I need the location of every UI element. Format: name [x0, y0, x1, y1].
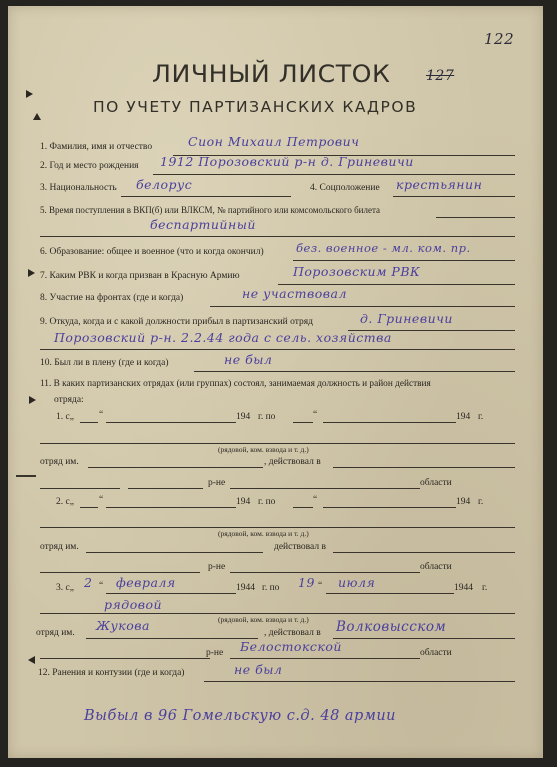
label-year: г.	[478, 497, 483, 507]
quote: „	[70, 583, 74, 593]
quote: “	[313, 495, 317, 505]
value-full-name: Сион Михаил Петрович	[188, 134, 359, 149]
value-birth: 1912 Порозовский р-н д. Гриневичи	[160, 154, 414, 169]
underline	[323, 507, 456, 508]
label-rayon: р-не	[208, 478, 225, 488]
underline	[86, 552, 263, 553]
underline	[293, 507, 313, 508]
underline	[106, 593, 236, 594]
position-hint: (рядовой, ком. взвода и т. д.)	[218, 529, 309, 538]
underline	[194, 371, 515, 372]
label-social-status: 4. Соцположение	[310, 183, 380, 193]
underline	[128, 488, 203, 489]
label-acted: , действовал в	[264, 628, 321, 638]
value-arrival-2: Порозовский р-н. 2.2.44 года с сель. хоз…	[54, 330, 392, 345]
year-from: 1944	[236, 583, 255, 593]
value-party: беспартийный	[150, 217, 256, 232]
underline	[153, 174, 515, 175]
underline	[40, 527, 515, 528]
year-from: 194	[236, 497, 250, 507]
value-month-from: февраля	[116, 575, 176, 590]
label-acted: действовал в	[274, 542, 326, 552]
underline	[230, 488, 420, 489]
label-otryad: отряд им.	[40, 457, 79, 467]
underline	[293, 422, 313, 423]
label-nationality: 3. Национальность	[40, 183, 117, 193]
label-otryad: отряд им.	[40, 542, 79, 552]
value-nationality: белорус	[136, 177, 192, 192]
value-wounds: не был	[234, 662, 282, 677]
unit-num: 2. с	[56, 497, 70, 507]
label-birth: 2. Год и место рождения	[40, 161, 139, 171]
underline	[88, 467, 263, 468]
footer-note: Выбыл в 96 Гомельскую с.д. 48 армии	[84, 708, 396, 724]
quote: “	[99, 410, 103, 420]
quote: „	[70, 497, 74, 507]
binder-mark	[28, 656, 35, 664]
value-rayon: Белостокской	[240, 639, 342, 654]
page-title: ЛИЧНЫЙ ЛИСТОК	[152, 60, 390, 88]
underline	[230, 572, 420, 573]
underline	[40, 488, 120, 489]
unit-num: 3. с	[56, 583, 70, 593]
position-hint: (рядовой, ком. взвода и т. д.)	[218, 445, 309, 454]
label-to: г. по	[258, 412, 275, 422]
value-otryad: Жукова	[96, 618, 150, 633]
underline	[436, 217, 515, 218]
label-party: 5. Время поступления в ВКП(б) или ВЛКСМ,…	[40, 205, 380, 215]
label-captivity: 10. Был ли в плену (где и когда)	[40, 358, 169, 368]
label-to: г. по	[258, 497, 275, 507]
underline	[323, 422, 456, 423]
underline	[333, 467, 515, 468]
value-fronts: не участвовал	[242, 286, 347, 301]
label-rayon: р-не	[206, 648, 223, 658]
quote: “	[318, 581, 322, 591]
label-oblast: области	[420, 648, 452, 658]
label-otryad: отряд им.	[36, 628, 75, 638]
label-units-cont: отряда:	[54, 395, 84, 405]
label-education: 6. Образование: общее и военное (что и к…	[40, 247, 264, 257]
underline	[40, 658, 210, 659]
underline	[278, 284, 515, 285]
binder-mark	[28, 269, 35, 277]
binder-mark	[29, 396, 36, 404]
binder-mark	[16, 475, 36, 477]
underline	[80, 422, 98, 423]
underline	[106, 422, 236, 423]
underline	[204, 681, 515, 682]
label-to: г. по	[262, 583, 279, 593]
year-to: 1944	[454, 583, 473, 593]
year-to: 194	[456, 497, 470, 507]
position-hint: (рядовой, ком. взвода и т. д.)	[218, 615, 309, 624]
underline	[40, 236, 515, 237]
label-arrival: 9. Откуда, когда и с какой должности при…	[40, 317, 313, 327]
label-units: 11. В каких партизанских отрядах (или гр…	[40, 379, 431, 389]
value-social-status: крестьянин	[396, 177, 482, 192]
value-day-to: 19	[298, 575, 315, 590]
binder-mark	[33, 113, 41, 120]
underline	[393, 196, 515, 197]
underline	[106, 507, 236, 508]
underline	[80, 507, 98, 508]
label-acted: , действовал в	[264, 457, 321, 467]
label-wounds: 12. Ранения и контузии (где и когда)	[38, 668, 184, 678]
value-conscription: Порозовским РВК	[293, 264, 420, 279]
binder-mark	[26, 90, 33, 98]
unit-num: 1. с	[56, 412, 70, 422]
value-day-from: 2	[84, 575, 92, 590]
year-from: 194	[236, 412, 250, 422]
label-full-name: 1. Фамилия, имя и отчество	[40, 142, 152, 152]
label-fronts: 8. Участие на фронтах (где и когда)	[40, 293, 183, 303]
label-year: г.	[478, 412, 483, 422]
underline	[333, 638, 515, 639]
underline	[86, 638, 258, 639]
underline	[293, 260, 515, 261]
quote: „	[70, 412, 74, 422]
value-acted: Волковысском	[336, 619, 446, 635]
label-conscription: 7. Каким РВК и когда призван в Красную А…	[40, 271, 240, 281]
quote: “	[99, 581, 103, 591]
document-page: 122 127 ЛИЧНЫЙ ЛИСТОК ПО УЧЕТУ ПАРТИЗАНС…	[8, 6, 543, 758]
quote: “	[313, 410, 317, 420]
underline	[333, 552, 515, 553]
underline	[121, 196, 291, 197]
value-arrival-1: д. Гриневичи	[360, 311, 453, 326]
quote: “	[99, 495, 103, 505]
archive-number-struck: 127	[426, 68, 454, 84]
underline	[40, 443, 515, 444]
label-oblast: области	[420, 478, 452, 488]
underline	[40, 349, 515, 350]
underline	[230, 658, 420, 659]
value-position: рядовой	[104, 597, 162, 612]
label-oblast: области	[420, 562, 452, 572]
underline	[326, 593, 454, 594]
underline	[210, 306, 515, 307]
label-rayon: р-не	[208, 562, 225, 572]
value-captivity: не был	[224, 352, 272, 367]
year-to: 194	[456, 412, 470, 422]
archive-number: 122	[484, 30, 514, 48]
value-month-to: июля	[338, 575, 375, 590]
value-education: без. военное - мл. ком. пр.	[296, 241, 471, 255]
underline	[40, 613, 515, 614]
page-subtitle: ПО УЧЕТУ ПАРТИЗАНСКИХ КАДРОВ	[93, 98, 417, 116]
underline	[40, 572, 200, 573]
label-year: г.	[482, 583, 487, 593]
